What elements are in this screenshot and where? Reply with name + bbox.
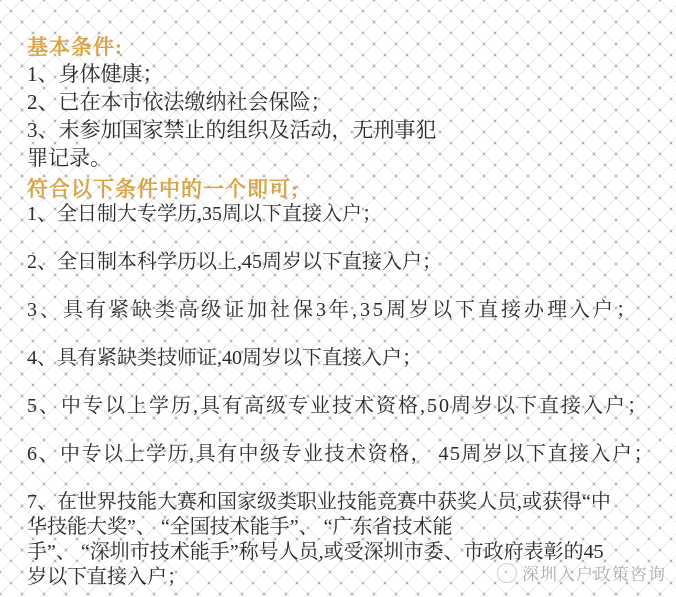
qualifying-condition-item: 1、全日制大专学历,35周以下直接入户；	[27, 202, 662, 227]
qualifying-condition-item: 4、具有紧缺类技师证,40周岁以下直接入户；	[27, 346, 662, 371]
qualifying-condition-item: 2、全日制本科学历以上,45周岁以下直接入户；	[27, 250, 662, 275]
watermark-label: 深圳入户政策咨询	[522, 560, 666, 585]
basic-condition-item: 3、未参加国家禁止的组织及活动，无刑事犯 罪记录。	[27, 116, 507, 172]
qualifying-condition-item: 3、具有紧缺类高级证加社保3年,35周岁以下直接办理入户；	[27, 298, 662, 323]
policy-poster: 基本条件: 1、身体健康； 2、已在本市依法缴纳社会保险； 3、未参加国家禁止的…	[0, 0, 676, 597]
basic-conditions-list: 1、身体健康； 2、已在本市依法缴纳社会保险； 3、未参加国家禁止的组织及活动，…	[27, 60, 507, 172]
poster-content: 基本条件: 1、身体健康； 2、已在本市依法缴纳社会保险； 3、未参加国家禁止的…	[0, 0, 676, 590]
qualifying-conditions-heading: 符合以下条件中的一个即可;	[27, 176, 662, 202]
qualifying-condition-item: 6、中专以上学历,具有中级专业技术资格， 45周岁以下直接入户；	[27, 442, 662, 467]
basic-condition-item: 2、已在本市依法缴纳社会保险；	[27, 88, 507, 116]
watermark-logo-icon	[497, 563, 517, 583]
qualifying-conditions-list: 1、全日制大专学历,35周以下直接入户； 2、全日制本科学历以上,45周岁以下直…	[27, 202, 662, 590]
basic-conditions-heading: 基本条件:	[27, 34, 662, 60]
qualifying-condition-item: 5、中专以上学历,具有高级专业技术资格,50周岁以下直接入户；	[27, 394, 662, 419]
watermark: 深圳入户政策咨询	[497, 560, 666, 585]
basic-condition-item: 1、身体健康；	[27, 60, 507, 88]
